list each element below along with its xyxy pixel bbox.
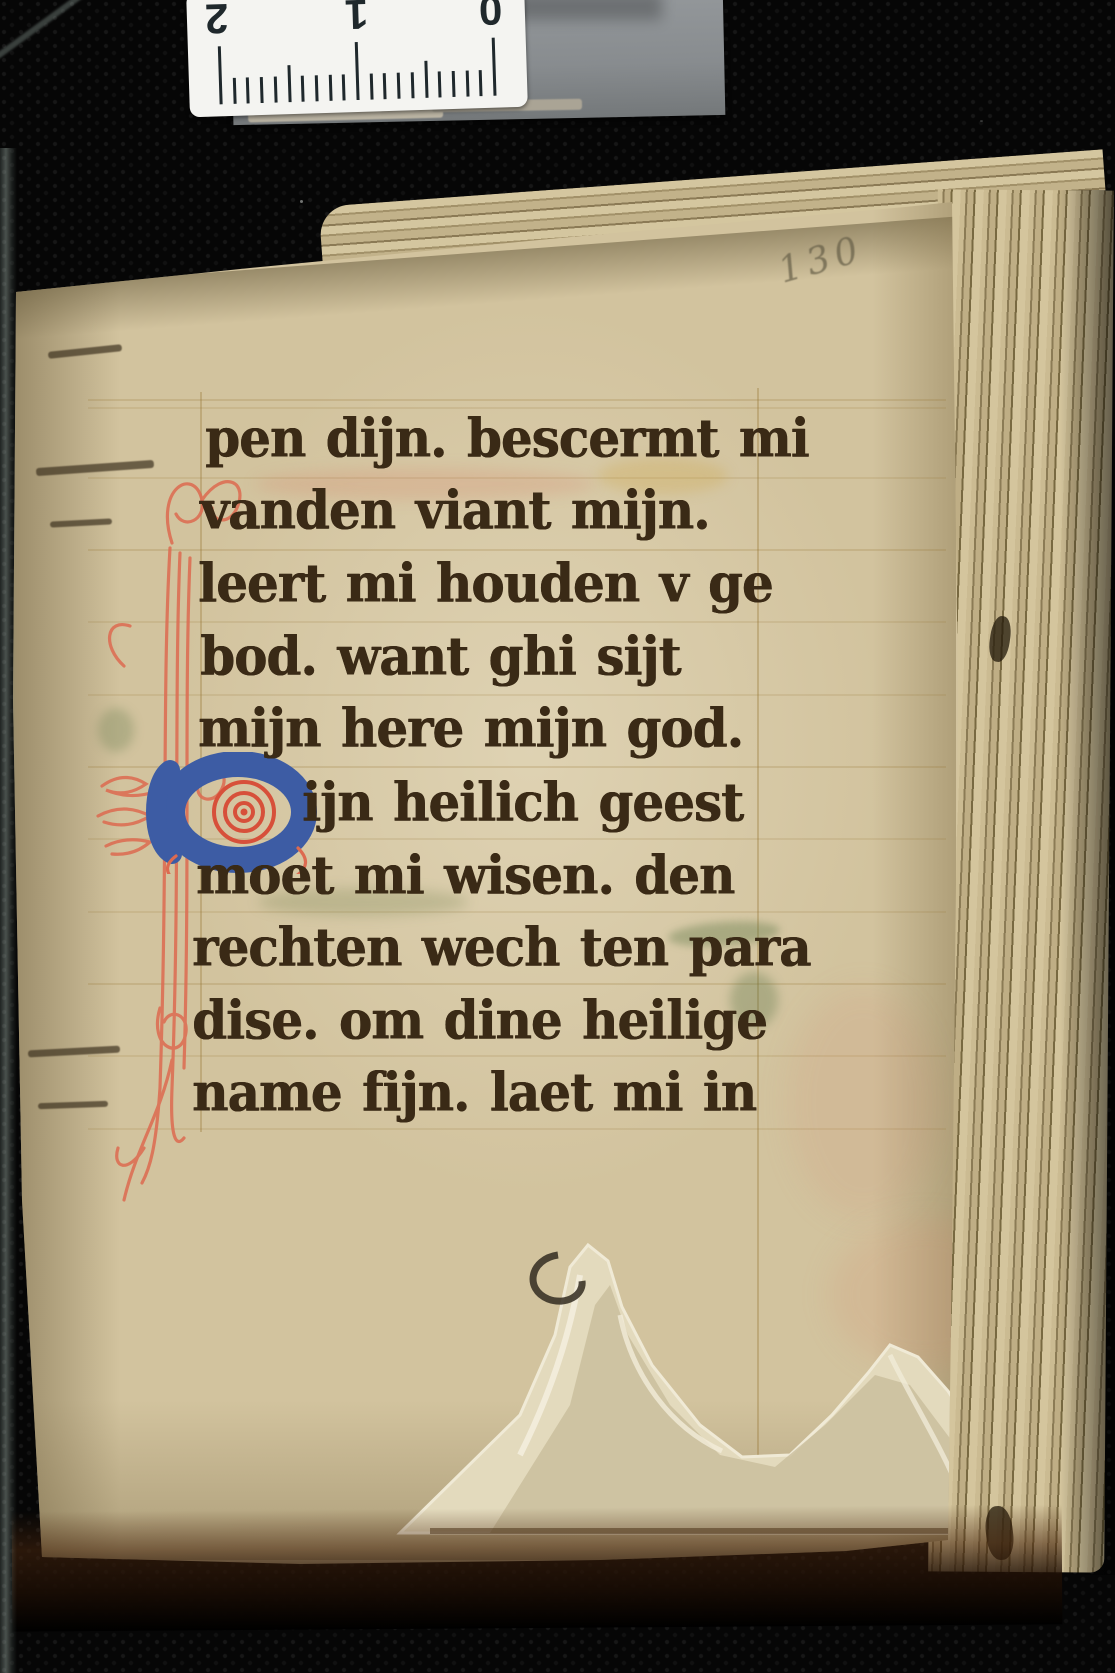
- ruler-tick: [315, 75, 319, 101]
- cm-ruler: 2 1 0: [186, 0, 528, 117]
- text-line: pen dijn. bescermt mi: [205, 406, 809, 469]
- ruler-tick: [479, 70, 483, 96]
- ruler-tick: [287, 65, 291, 102]
- text-line: dise. om dine heilige: [192, 988, 767, 1051]
- ruler-tick: [342, 74, 346, 100]
- parchment-damage-area: [370, 1215, 1050, 1555]
- glass-plate-edge: [0, 148, 17, 1673]
- ruler-tick: [383, 73, 387, 99]
- ruler-tick: [369, 74, 373, 100]
- ruler-tick: [424, 61, 428, 98]
- ruler-tick: [452, 71, 456, 97]
- ruled-line: [88, 399, 946, 401]
- ruler-tick: [233, 78, 237, 104]
- ruler-tick: [355, 42, 360, 100]
- folio-number: 130: [774, 229, 869, 292]
- ruler-tick: [301, 76, 305, 102]
- ruler-tick: [274, 77, 278, 103]
- text-line: name fijn. laet mi in: [192, 1060, 756, 1123]
- fore-edge-shadow: [1060, 190, 1115, 1575]
- text-line: vanden viant mijn.: [200, 478, 709, 541]
- ruler-tick: [260, 77, 264, 103]
- ruler-tick: [492, 38, 497, 96]
- text-line: ijn heilich geest: [302, 770, 743, 833]
- dust-speck: [300, 200, 303, 203]
- ruler-tick: [465, 71, 469, 97]
- pink-tint: [788, 988, 938, 1218]
- ruler-number: 2: [204, 0, 229, 43]
- sewing-mark: [48, 344, 122, 359]
- ruler-tick: [411, 72, 415, 98]
- ruler-number: 0: [478, 0, 503, 34]
- book-bottom-shadow: [12, 1504, 1063, 1631]
- ruler-tick: [438, 71, 442, 97]
- ruler-tick: [218, 46, 223, 104]
- dust-speck: [980, 120, 983, 122]
- text-line: leert mi houden v ge: [198, 551, 773, 614]
- text-line: mijn here mijn god.: [198, 696, 743, 759]
- ruler-tick: [246, 77, 250, 103]
- text-line: rechten wech ten para: [192, 915, 810, 978]
- ruler-tick: [328, 75, 332, 101]
- manuscript-photo: 130: [0, 0, 1115, 1673]
- text-line: bod. want ghi sijt: [200, 624, 680, 687]
- text-line: moet mi wisen. den: [196, 843, 734, 906]
- ruler-number: 1: [344, 0, 369, 38]
- ruler-tick: [397, 73, 401, 99]
